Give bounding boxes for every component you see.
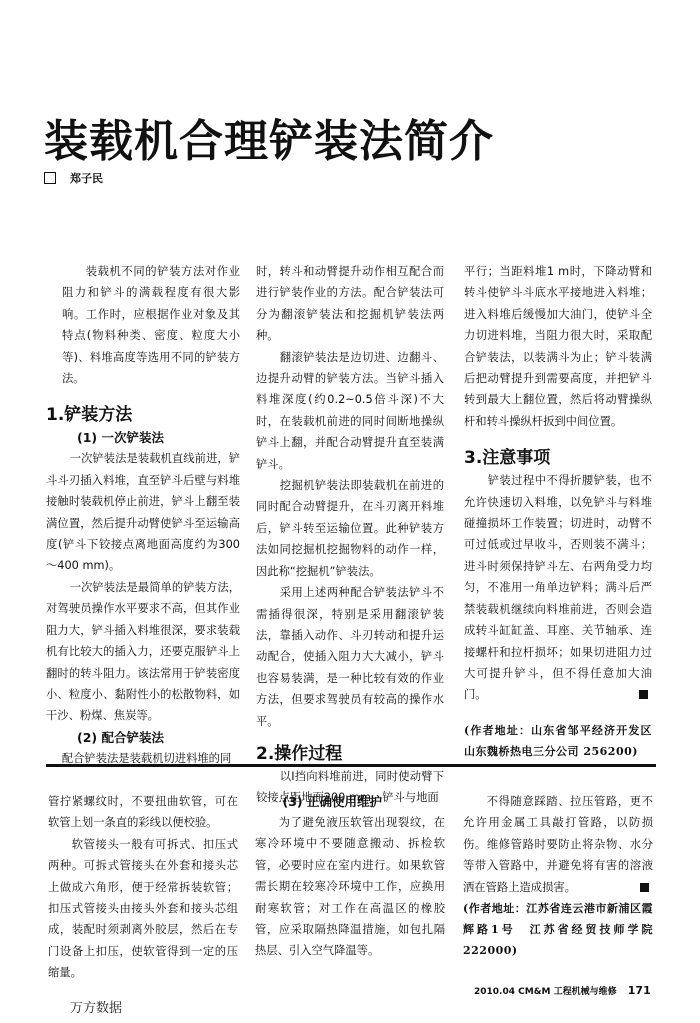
top-column-2: 时，转斗和动臂提升动作相互配合而进行铲装作业的方法。配合铲装法可分为翻滚铲装法和… [256,261,444,809]
paragraph: 为了避免液压软管出现裂纹，在寒冷环境中不要随意搬动、拆检软管，必要时应在室内进行… [255,812,445,962]
page-number: 171 [628,984,651,997]
author-address: (作者地址：山东省邹平经济开发区山东魏桥热电三分公司 256200) [464,720,652,762]
top-column-1: 装载机不同的铲装方法对作业阻力和铲斗的满载程度有很大影响。工作时，应根据作业对象… [62,261,240,769]
end-of-article-mark-icon [639,690,648,699]
author-name: 郑子民 [70,170,103,186]
section-2-heading: 2.操作过程 [256,742,444,766]
end-of-article-mark-icon [640,883,649,892]
byline: 郑子民 [44,170,103,186]
paragraph: 不得随意踩踏、拉压管路，更不允许用金属工具敲打管路，以防损伤。维修管路时要防止将… [463,791,653,898]
bottom-column-2: (3) 正确使用维护 为了避免液压软管出现裂纹，在寒冷环境中不要随意搬动、拆检软… [255,791,445,962]
page-footer: 2010.04 CM&M 工程机械与维修 171 [474,984,651,997]
paragraph: 铲装过程中不得折腰铲装，也不允许快速切入料堆，以免铲斗与料堆碰撞损坏工作装置；切… [464,470,652,705]
watermark: 万方数据 [70,997,122,1016]
paragraph: 翻滚铲装法是边切进、边翻斗、边提升动臂的铲装方法。当铲斗插入料堆深度(约0.2~… [256,347,444,475]
paragraph: 采用上述两种配合铲装法铲斗不需插得很深，特别是采用翻滚铲装法，靠插入动作、斗刃转… [256,582,444,732]
paragraph: 一次铲装法是装载机直线前进，铲斗斗刃插入料堆，直至铲斗后壁与料堆接触时装载机停止… [46,448,240,576]
subsection-2-heading: (2) 配合铲装法 [62,727,240,748]
intro-paragraph: 装载机不同的铲装方法对作业阻力和铲斗的满载程度有很大影响。工作时，应根据作业对象… [62,261,240,389]
subsection-1-heading: (1) 一次铲装法 [62,427,240,448]
article-title: 装载机合理铲装法简介 [44,116,494,168]
author-address: (作者地址：江苏省连云港市新浦区霞辉路1号 江苏省经贸技师学院 222000) [463,898,653,961]
square-bullet-icon [44,172,56,184]
paragraph: 平行；当距料堆1 m时，下降动臂和转斗使铲斗斗底水平接地进入料堆；进入料堆后缓慢… [464,261,652,432]
subsection-3-heading: (3) 正确使用维护 [255,791,445,812]
journal-info: 2010.04 CM&M 工程机械与维修 [474,987,617,997]
bottom-column-1: 管拧紧螺纹时，不要扭曲软管，可在软管上划一条直的彩线以便校验。 软管接头一般有可… [48,791,238,984]
paragraph-text: 铲装过程中不得折腰铲装，也不允许快速切入料堆，以免铲斗与料堆碰撞损坏工作装置；切… [464,474,652,701]
paragraph: 挖掘机铲装法即装载机在前进的同时配合动臂提升，在斗刃离开料堆后，铲斗转至运输位置… [256,475,444,582]
paragraph: 时，转斗和动臂提升动作相互配合而进行铲装作业的方法。配合铲装法可分为翻滚铲装法和… [256,261,444,347]
bottom-column-3: 不得随意踩踏、拉压管路，更不允许用金属工具敲打管路，以防损伤。维修管路时要防止将… [463,791,653,961]
paragraph: 一次铲装法是最简单的铲装方法，对驾驶员操作水平要求不高，但其作业阻力大，铲斗插入… [46,577,240,727]
paragraph: 管拧紧螺纹时，不要扭曲软管，可在软管上划一条直的彩线以便校验。 [48,791,238,834]
top-column-3: 平行；当距料堆1 m时，下降动臂和转斗使铲斗斗底水平接地进入料堆；进入料堆后缓慢… [464,261,652,762]
section-1-heading: 1.铲装方法 [46,403,240,427]
section-divider [46,764,656,767]
paragraph-text: 不得随意踩踏、拉压管路，更不允许用金属工具敲打管路，以防损伤。维修管路时要防止将… [463,795,653,894]
section-3-heading: 3.注意事项 [464,446,652,470]
paragraph: 软管接头一般有可拆式、扣压式两种。可拆式管接头在外套和接头芯上做成六角形，便于经… [48,834,238,984]
